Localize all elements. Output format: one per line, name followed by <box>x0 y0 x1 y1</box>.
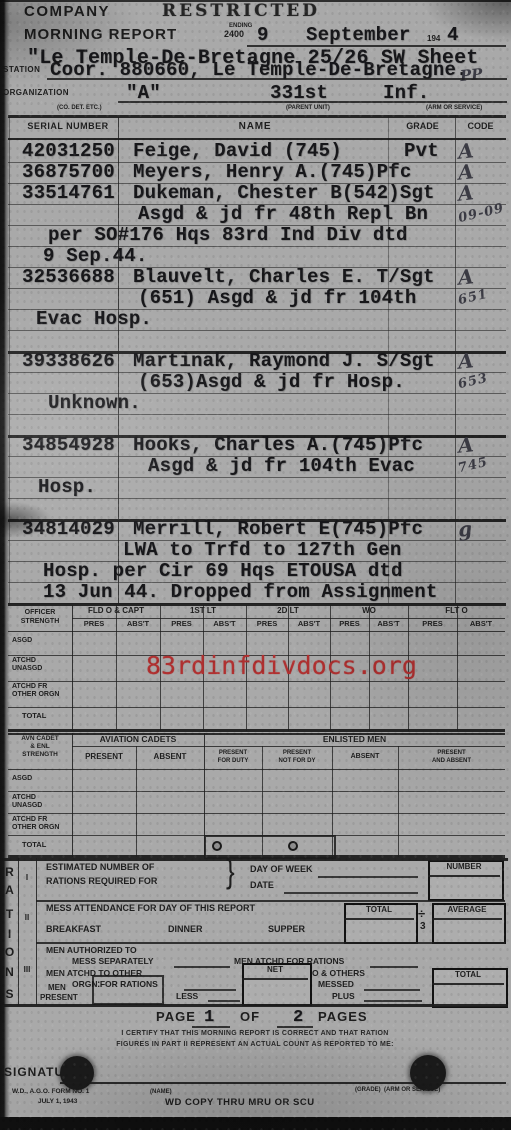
rule-line <box>398 746 399 857</box>
row-asgd: ASGD <box>12 775 32 782</box>
rule-line <box>60 1082 506 1084</box>
rule-line <box>8 603 506 606</box>
net-box-label: NET <box>242 966 308 974</box>
rule-line <box>47 78 507 80</box>
row-total: TOTAL <box>22 841 46 849</box>
abst-header: ABS'T <box>203 620 246 628</box>
average-box-label: AVERAGE <box>432 906 502 914</box>
pres-header: PRES <box>330 620 369 628</box>
scan-edge-left <box>0 0 10 1130</box>
rule-line <box>388 115 389 603</box>
entry-text: (651) Asgd & jd fr 104th <box>138 289 416 308</box>
officer-title-1: OFFICER <box>8 609 72 616</box>
sub-label-parent: (PARENT UNIT) <box>286 105 330 111</box>
wd-copy-label: WD COPY THRU MRU OR SCU <box>165 1098 315 1108</box>
tally-mark <box>212 841 222 851</box>
mess-total-label: TOTAL <box>344 906 414 914</box>
rule-line <box>8 791 505 792</box>
roster-row: 32536688Blauvelt, Charles E. T/SgtA <box>8 267 506 289</box>
handwritten-code: g <box>457 516 473 541</box>
rule-line <box>364 1000 422 1002</box>
avn-title-3: STRENGTH <box>8 752 72 759</box>
rule-line <box>8 138 506 140</box>
rule-line <box>72 733 73 857</box>
roster-row: 42031250Feige, David (745)PvtA <box>8 141 506 163</box>
cadets-absent: ABSENT <box>136 753 204 761</box>
rule-line <box>8 835 505 836</box>
mess-attendance-label: MESS ATTENDANCE FOR DAY OF THIS REPORT <box>46 904 255 913</box>
row-atchd-fr: OTHER ORGN <box>12 691 59 698</box>
roster-row: Evac Hosp. <box>8 309 506 331</box>
serial-number: 34854928 <box>22 436 115 455</box>
entry-text: Meyers, Henry A.(745)Pfc <box>133 163 411 182</box>
rule-line <box>3 1004 508 1007</box>
enlisted-men-header: ENLISTED MEN <box>204 735 505 744</box>
enl-col-1: FOR DUTY <box>204 758 262 764</box>
rule-line <box>284 892 418 894</box>
rule-line <box>118 101 507 103</box>
men-present-box <box>92 975 164 1005</box>
pres-header: PRES <box>246 620 288 628</box>
certification-line-1: I CERTIFY THAT THIS MORNING REPORT IS CO… <box>65 1030 445 1037</box>
entry-text: LWA to Trfd to 127th Gen <box>123 541 401 560</box>
sub-label-co: (CO. DET. ETC.) <box>57 105 102 111</box>
rule-line <box>36 858 37 1005</box>
abst-header: ABS'T <box>288 620 330 628</box>
row-asgd: ASGD <box>12 637 32 644</box>
morning-report-form: COMPANY RESTRICTED MORNING REPORT ENDING… <box>0 0 511 1130</box>
part-numeral-1: I <box>19 874 35 882</box>
rule-line <box>36 900 505 902</box>
scan-edge-bottom <box>0 1117 511 1130</box>
estimated-label-1: ESTIMATED NUMBER OF <box>46 863 154 872</box>
organization-label: ORGANIZATION <box>3 89 69 97</box>
entry-text: Unknown. <box>48 394 141 413</box>
cadets-present: PRESENT <box>72 753 136 761</box>
row-atchd-unasgd: ATCHD <box>12 794 36 801</box>
serial-number: 33514761 <box>22 184 115 203</box>
rule-line <box>332 746 333 857</box>
rule-line <box>364 989 420 991</box>
handwritten-code: 653 <box>457 371 490 392</box>
date-label: DATE <box>250 881 274 890</box>
entry-text: Hosp. <box>38 478 96 497</box>
rule-line <box>432 983 504 985</box>
rule-line <box>36 942 505 944</box>
row-atchd-unasgd: UNASGD <box>12 802 42 809</box>
rule-line <box>8 707 505 708</box>
o-and-others-label: O & OTHERS <box>312 969 365 978</box>
entry-text: Asgd & jd fr 48th Repl Bn <box>138 205 428 224</box>
form-number: W.D., A.G.O. FORM NO. 1 <box>12 1089 89 1096</box>
rule-line <box>118 115 119 603</box>
serial-number: 39338626 <box>22 352 115 371</box>
rule-line <box>428 875 500 877</box>
messed-label: MESSED <box>318 980 354 989</box>
rule-line <box>3 858 508 861</box>
rule-line <box>247 45 506 47</box>
rule-line <box>192 1026 230 1028</box>
row-atchd-fr: ATCHD FR <box>12 816 47 823</box>
pages-label: PAGES <box>318 1010 368 1024</box>
entry-text: Evac Hosp. <box>36 310 152 329</box>
rule-line <box>277 1026 313 1028</box>
mess-separately-label: MESS SEPARATELY <box>72 957 154 966</box>
page-number: 1 <box>204 1008 214 1027</box>
of-label: OF <box>240 1010 260 1024</box>
date-month: September <box>306 26 410 45</box>
pages-number: 2 <box>293 1008 303 1027</box>
entry-text: Feige, David (745) <box>133 142 342 161</box>
enl-col-4: AND ABSENT <box>398 758 505 764</box>
roster-row: 39338626Martinak, Raymond J. S/SgtA <box>8 351 506 373</box>
enl-col-4: PRESENT <box>398 750 505 756</box>
roster-row: 33514761Dukeman, Chester B(542)SgtA <box>8 183 506 205</box>
rule-line <box>8 813 505 814</box>
handwritten-code: A <box>457 180 475 205</box>
men-authorized-label: MEN AUTHORIZED TO <box>46 946 137 955</box>
roster-row: 13 Jun 44. Dropped from Assignment <box>8 582 506 604</box>
roster-row: LWA to Trfd to 127th Gen <box>8 540 506 562</box>
entry-text: Asgd & jd fr 104th Evac <box>148 457 415 476</box>
row-atchd-fr: ATCHD FR <box>12 683 47 690</box>
rule-line <box>116 605 117 731</box>
rule-line <box>432 918 502 920</box>
present-label: PRESENT <box>40 994 78 1002</box>
row-total: TOTAL <box>22 712 46 720</box>
entry-text: Hooks, Charles A.(745)Pfc <box>133 436 423 455</box>
rule-line <box>262 746 263 857</box>
rule-line <box>184 989 236 991</box>
ending-time: 2400 <box>224 30 244 39</box>
rule-line <box>457 605 458 731</box>
dinner-label: DINNER <box>168 925 203 934</box>
col-name: NAME <box>125 122 385 133</box>
year-prefix: 194 <box>427 35 440 43</box>
form-title-morning-report: MORNING REPORT <box>24 27 177 43</box>
row-atchd-fr: OTHER ORGN <box>12 824 59 831</box>
watermark-text: 83rdinfdivdocs.org <box>146 651 417 680</box>
rule-line <box>136 746 137 857</box>
tally-mark <box>288 841 298 851</box>
rule-line <box>8 681 505 682</box>
name-sublabel: (NAME) <box>150 1089 172 1095</box>
certification-line-2: FIGURES IN PART II REPRESENT AN ACTUAL C… <box>65 1041 445 1048</box>
entry-text: 13 Jun 44. Dropped from Assignment <box>43 583 437 602</box>
enl-col-2: PRESENT <box>262 750 332 756</box>
page-label: PAGE <box>156 1010 196 1024</box>
pres-header: PRES <box>72 620 116 628</box>
sub-label-arm: (ARM OR SERVICE) <box>426 105 482 111</box>
roster-row: per SO#176 Hqs 83rd Ind Div dtd <box>8 225 506 247</box>
colon-mark: : <box>97 980 100 991</box>
roster-row: 34814029Merrill, Robert E(745)Pfcg <box>8 519 506 541</box>
day-of-week-label: DAY OF WEEK <box>250 865 313 874</box>
rule-line <box>174 966 230 968</box>
entry-text: 9 Sep.44. <box>43 247 147 266</box>
ink-blot <box>60 1056 94 1090</box>
ink-blot <box>410 1055 446 1091</box>
plus-label: PLUS <box>332 992 355 1001</box>
supper-label: SUPPER <box>268 925 305 934</box>
roster-row: 34854928Hooks, Charles A.(745)PfcA <box>8 435 506 457</box>
entry-text: (653)Asgd & jd fr Hosp. <box>138 373 405 392</box>
entry-text: Dukeman, Chester B(542)Sgt <box>133 184 435 203</box>
col-serial-number: SERIAL NUMBER <box>18 122 118 131</box>
avn-title-1: AVN CADET <box>8 736 72 743</box>
number-box-label: NUMBER <box>428 863 500 871</box>
handwritten-code: A <box>457 432 475 457</box>
handwritten-code: A <box>457 264 475 289</box>
divisor-three: 3 <box>420 922 426 933</box>
avn-title-2: & ENL <box>8 744 72 751</box>
enl-col-3: ABSENT <box>332 753 398 760</box>
date-day: 9 <box>257 26 269 45</box>
divide-sign: ÷ <box>418 907 425 921</box>
roster-row: Unknown. <box>8 393 506 415</box>
rule-line <box>18 858 19 1005</box>
row-atchd-unasgd: UNASGD <box>12 665 42 672</box>
form-title-company: COMPANY <box>24 4 110 20</box>
rule-line <box>8 115 506 118</box>
aviation-cadets-header: AVIATION CADETS <box>72 735 204 744</box>
roster-row: Hosp. <box>8 477 506 499</box>
part-numeral-3: III <box>19 966 35 974</box>
col-grade: GRADE <box>390 122 455 131</box>
entry-text: per SO#176 Hqs 83rd Ind Div dtd <box>48 226 408 245</box>
roster-row: Hosp. per Cir 69 Hqs ETOUSA dtd <box>8 561 506 583</box>
rations-total-label: TOTAL <box>432 971 504 979</box>
part-numeral-2: II <box>19 914 35 922</box>
rule-line <box>318 876 418 878</box>
roster-row: (651) Asgd & jd fr 104th651 <box>8 288 506 310</box>
rule-line <box>455 115 456 603</box>
enl-col-1: PRESENT <box>204 750 262 756</box>
entry-text: Martinak, Raymond J. S/Sgt <box>133 352 435 371</box>
rule-line <box>344 918 414 920</box>
station-handwriting: PP <box>459 65 483 85</box>
abst-header: ABS'T <box>116 620 160 628</box>
rule-line <box>8 631 505 632</box>
serial-number: 32536688 <box>22 268 115 287</box>
handwritten-code: A <box>457 348 475 373</box>
rule-line <box>208 1000 240 1002</box>
rule-line <box>8 769 505 770</box>
rule-line <box>8 729 505 732</box>
serial-number: 42031250 <box>22 142 115 161</box>
rule-line <box>370 966 418 968</box>
handwritten-code: 09-09 <box>457 201 506 226</box>
serial-number: 34814029 <box>22 520 115 539</box>
estimated-label-2: RATIONS REQUIRED FOR <box>46 877 157 886</box>
breakfast-label: BREAKFAST <box>46 925 101 934</box>
abst-header: ABS'T <box>369 620 408 628</box>
abst-header: ABS'T <box>457 620 505 628</box>
officer-title-2: STRENGTH <box>8 618 72 625</box>
col-code: CODE <box>455 122 506 131</box>
grade-value: Pvt <box>404 142 439 161</box>
pres-header: PRES <box>408 620 457 628</box>
entry-text: Merrill, Robert E(745)Pfc <box>133 520 423 539</box>
year-digit: 4 <box>447 26 459 45</box>
serial-number: 36875700 <box>22 163 115 182</box>
handwritten-code: 745 <box>457 455 490 476</box>
entry-text: Hosp. per Cir 69 Hqs ETOUSA dtd <box>43 562 403 581</box>
roster-row: 36875700Meyers, Henry A.(745)PfcA <box>8 162 506 184</box>
rule-line <box>72 605 73 731</box>
pres-header: PRES <box>160 620 203 628</box>
row-atchd-unasgd: ATCHD <box>12 657 36 664</box>
roster-row: 9 Sep.44. <box>8 246 506 268</box>
enl-col-2: NOT FOR DY <box>262 758 332 764</box>
men-label: MEN <box>48 984 66 992</box>
roster-row: Asgd & jd fr 48th Repl Bn09-09 <box>8 204 506 226</box>
roster-row: Asgd & jd fr 104th Evac745 <box>8 456 506 478</box>
form-date: JULY 1, 1943 <box>38 1099 77 1106</box>
less-label: LESS <box>176 992 198 1001</box>
rule-line <box>8 733 505 735</box>
entry-text: Blauvelt, Charles E. T/Sgt <box>133 268 435 287</box>
scan-edge-top <box>0 0 511 2</box>
roster-row: (653)Asgd & jd fr Hosp.653 <box>8 372 506 394</box>
rule-line <box>204 733 205 857</box>
rule-line <box>242 978 308 980</box>
roster-rows: 42031250Feige, David (745)PvtA36875700Me… <box>0 141 511 603</box>
restricted-stamp: RESTRICTED <box>162 1 320 21</box>
handwritten-code: 651 <box>457 287 490 308</box>
